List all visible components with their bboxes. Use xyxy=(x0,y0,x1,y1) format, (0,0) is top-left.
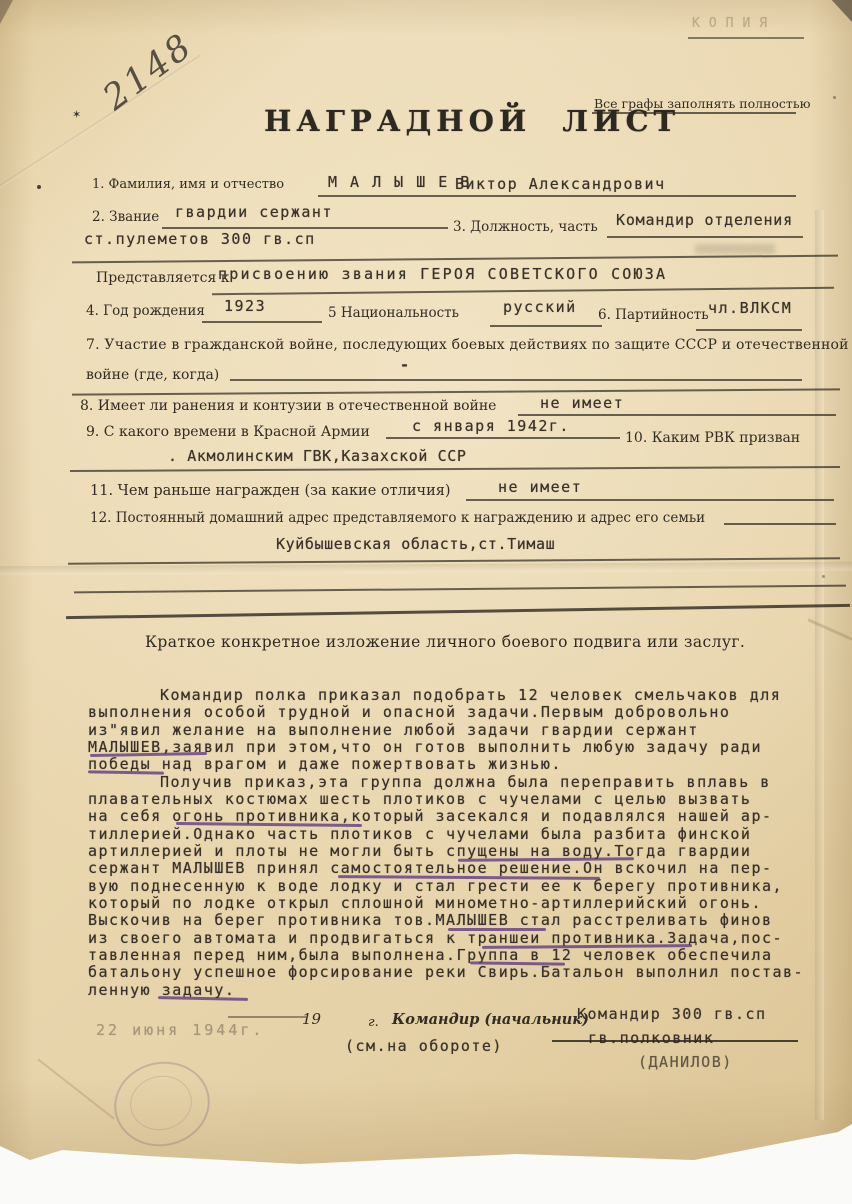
field-1-name: Виктор Александрович xyxy=(455,175,666,193)
field-10-value: . Акмолинским ГВК,Казахской ССР xyxy=(168,447,467,465)
copy-stamp: КОПИЯ xyxy=(692,16,776,31)
signature-year-prefix: 19 xyxy=(302,1010,321,1028)
signature-commander-label: Командир (начальник) xyxy=(392,1011,589,1028)
submitted-value: присвоению звания ГЕРОЯ СОВЕТСКОГО СОЮЗА xyxy=(218,265,667,283)
field-9-value: с января 1942г. xyxy=(412,417,570,435)
signature-year-suffix: г. xyxy=(368,1015,379,1030)
field-1-label: 1. Фамилия, имя и отчество xyxy=(92,177,284,192)
pen-mark: ✶ xyxy=(72,108,81,121)
field-10-label: 10. Каким РВК призван xyxy=(625,430,800,446)
body-line: Командир полка приказал подобрать 12 чел… xyxy=(160,686,781,704)
body-line: плавательных костюмах шесть плотиков с ч… xyxy=(88,790,751,808)
body-line: победы над врагом и даже пожертвовать жи… xyxy=(88,755,562,773)
body-line: выполнения особой трудной и опасной зада… xyxy=(88,703,730,721)
signature-rank-struck: гв.полковник xyxy=(588,1029,714,1047)
date-dash-line xyxy=(228,1016,306,1018)
signature-date: 22 июня 1944г. xyxy=(96,1021,264,1039)
body-line: тавленная перед ним,была выполнена.Групп… xyxy=(88,946,773,964)
body-line: вую поднесенную к воде лодку и стал грес… xyxy=(88,877,783,895)
signature-see-reverse: (см.на обороте) xyxy=(345,1037,503,1055)
rank-strike-line xyxy=(552,1040,798,1042)
field-12-value: Куйбышевская область,ст.Тимаш xyxy=(276,535,555,553)
signature-name: (ДАНИЛОВ) xyxy=(638,1053,733,1071)
body-line: Получив приказ,эта группа должна была пе… xyxy=(160,773,771,791)
body-line: сержант МАЛЫШЕВ принял самостоятельное р… xyxy=(88,859,773,877)
field-7-label-line2: войне (где, когда) xyxy=(86,367,219,383)
submitted-label: Представляется к xyxy=(96,270,230,286)
field-1-line xyxy=(318,195,796,197)
field-7-line xyxy=(230,379,802,381)
ink-speck xyxy=(822,575,825,578)
document-title: НАГРАДНОЙ ЛИСТ xyxy=(264,104,680,138)
field-4-label: 4. Год рождения xyxy=(86,303,205,319)
body-line: тиллерией.Однако часть плотиков с чучела… xyxy=(88,825,751,843)
field-8-value: не имеет xyxy=(540,394,624,412)
field-11-label: 11. Чем раньше награжден (за какие отлич… xyxy=(90,483,451,499)
field-2-value2: ст.пулеметов 300 гв.сп xyxy=(84,230,316,248)
field-2-value: гвардии сержант xyxy=(175,203,333,221)
field-8-label: 8. Имеет ли ранения и контузии в отечест… xyxy=(80,398,496,414)
field-7-value: - xyxy=(400,356,411,374)
body-line: артиллерией и плоты не могли быть спущен… xyxy=(88,842,751,860)
field-3-label: 3. Должность, часть xyxy=(453,219,598,235)
field-4-line xyxy=(202,321,322,323)
field-11-value: не имеет xyxy=(498,478,582,496)
field-2-label: 2. Звание xyxy=(92,209,159,225)
body-line: который по лодке открыл сплошной миномет… xyxy=(88,894,762,912)
field-12-label: 12. Постоянный домашний адрес представля… xyxy=(90,510,705,526)
field-6-value: чл.ВЛКСМ xyxy=(708,299,792,317)
pen-underline xyxy=(448,928,546,931)
field-3-value: Командир отделения xyxy=(616,211,793,229)
field-6-label: 6. Партийность xyxy=(598,307,709,323)
ink-speck xyxy=(833,96,836,99)
field-5-label: 5 Национальность xyxy=(328,305,459,321)
field-6-line xyxy=(696,329,802,331)
field-5-line xyxy=(490,325,602,327)
field-7-label-line1: 7. Участие в гражданской войне, последую… xyxy=(86,337,849,353)
field-2-line xyxy=(162,227,448,229)
description-heading: Краткое конкретное изложение личного бое… xyxy=(145,633,745,651)
field-9-line xyxy=(386,437,620,439)
copy-stamp-underline xyxy=(688,37,804,39)
ink-speck xyxy=(37,185,41,189)
scanned-award-sheet: КОПИЯ 2148 ✶ Все графы заполнять полност… xyxy=(0,0,852,1204)
body-line: батальону успешное форсирование реки Сви… xyxy=(88,963,804,981)
field-3-line xyxy=(607,236,803,238)
field-4-value: 1923 xyxy=(224,297,266,315)
field-5-value: русский xyxy=(503,298,577,316)
body-line: Выскочив на берег противника тов.МАЛЫШЕВ… xyxy=(88,911,773,929)
field-1-surname: М А Л Ы Ш Е В xyxy=(328,173,471,191)
signature-unit: Командир 300 гв.сп xyxy=(577,1005,767,1023)
field-11-line xyxy=(466,499,834,501)
field-8-line xyxy=(518,414,836,416)
body-line: из"явил желание на выполнение любой зада… xyxy=(88,721,699,739)
field-12-trailing-line xyxy=(724,523,836,525)
field-9-label: 9. С какого времени в Красной Армии xyxy=(86,424,370,440)
